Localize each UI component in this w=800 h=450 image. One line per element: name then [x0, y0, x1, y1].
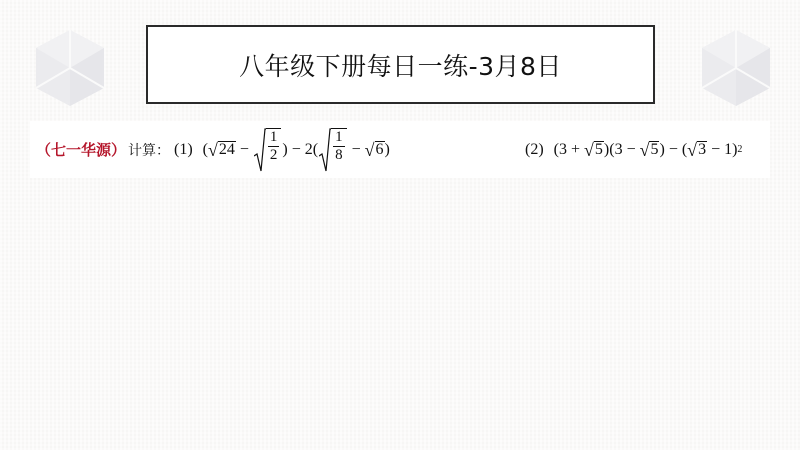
cube-logo-icon — [700, 28, 772, 108]
paren: ) — [385, 141, 390, 159]
sqrt-5: √ 5 — [640, 141, 660, 159]
part-2-label: (2) — [525, 141, 544, 159]
problem-part-2: (2) (3 + √ 5 ) (3 − √ 5 ) − ( √ 3 − 1) — [525, 121, 742, 178]
operator: − — [711, 141, 720, 159]
sqrt-eighth: 1 8 — [319, 128, 347, 172]
radical-icon: √ — [584, 141, 594, 159]
term: (3 — [609, 141, 622, 159]
radical-icon: √ — [687, 141, 697, 159]
operator: − — [669, 141, 678, 159]
fraction: 1 2 — [266, 128, 282, 172]
problem-part-1: （七一华源） 计算： (1) ( √ 24 − 1 2 ) − 2( — [36, 121, 390, 178]
problem-strip: （七一华源） 计算： (1) ( √ 24 − 1 2 ) − 2( — [30, 121, 770, 178]
page-title: 八年级下册每日一练-3月8日 — [239, 47, 562, 83]
sqrt-half: 1 2 — [254, 128, 282, 172]
radicand: 5 — [594, 141, 604, 159]
sqrt-3: √ 3 — [687, 141, 707, 159]
source-tag: （七一华源） — [36, 139, 126, 160]
radical-icon: √ — [208, 141, 218, 159]
part-1-label: (1) — [174, 141, 193, 159]
numerator: 1 — [268, 129, 280, 147]
radical-icon: √ — [640, 141, 650, 159]
denominator: 2 — [270, 147, 278, 164]
paren: ) — [659, 141, 664, 159]
sqrt-24: √ 24 — [208, 141, 236, 159]
operator: − — [352, 141, 361, 159]
radical-icon — [319, 128, 331, 172]
radical-icon — [254, 128, 266, 172]
radicand: 5 — [649, 141, 659, 159]
operator: + — [571, 141, 580, 159]
operator: − — [240, 141, 249, 159]
title-box: 八年级下册每日一练-3月8日 — [146, 25, 655, 104]
expression-2: (3 + √ 5 ) (3 − √ 5 ) − ( √ 3 − 1) 2 — [554, 141, 743, 159]
numerator: 1 — [333, 129, 345, 147]
coefficient: 2( — [305, 141, 318, 159]
denominator: 8 — [335, 147, 343, 164]
expression-1: ( √ 24 − 1 2 ) − 2( — [203, 128, 390, 172]
radicand: 6 — [375, 141, 385, 159]
fraction: 1 8 — [331, 128, 347, 172]
exponent: 2 — [737, 144, 742, 155]
sqrt-5: √ 5 — [584, 141, 604, 159]
sqrt-6: √ 6 — [365, 141, 385, 159]
term: (3 — [554, 141, 567, 159]
term: 1) — [724, 141, 737, 159]
operator: − — [292, 141, 301, 159]
radicand: 3 — [697, 141, 707, 159]
paren: ) — [282, 141, 287, 159]
radical-icon: √ — [365, 141, 375, 159]
instruction-label: 计算： — [128, 140, 170, 160]
radicand: 24 — [218, 141, 236, 159]
operator: − — [627, 141, 636, 159]
cube-logo-icon — [34, 28, 106, 108]
